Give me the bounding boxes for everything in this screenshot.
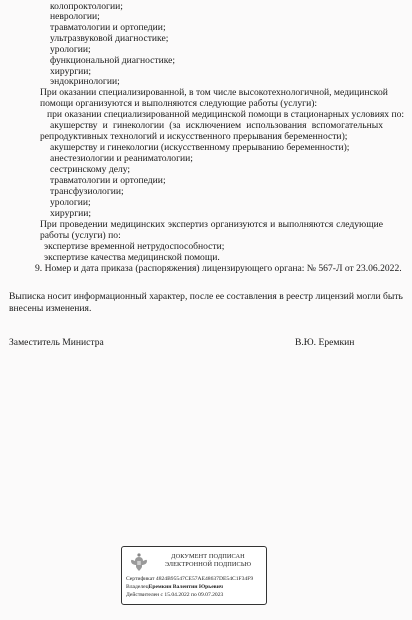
certificate-line: Сертификат 4824B95547CE57AE48637DE54C1F3… — [126, 576, 253, 583]
obstetrics-line: акушерству и гинекологии (за исключением… — [50, 121, 383, 131]
list-item: травматологии и ортопедии; — [50, 23, 166, 33]
list-item: сестринскому делу; — [50, 165, 130, 175]
list-item: анестезиологии и реаниматологии; — [50, 154, 193, 164]
stamp-title-line: ЭЛЕКТРОННОЙ ПОДПИСЬЮ — [152, 561, 264, 569]
validity-line: Действителен с 15.04.2022 по 09.07.2023 — [126, 592, 223, 599]
inpatient-intro: при оказании специализированной медицинс… — [47, 110, 404, 120]
coat-of-arms-icon — [130, 552, 148, 572]
paragraph-specialized-line: При оказании специализированной, в том ч… — [40, 88, 383, 98]
list-item: экспертизе временной нетрудоспособности; — [44, 242, 224, 252]
list-item: акушерству и гинекологии (искусственному… — [50, 143, 349, 153]
disclaimer-line: внесены изменения. — [9, 304, 91, 314]
list-item: экспертизе качества медицинской помощи. — [44, 253, 220, 263]
owner-line: ВладелецЕремкин Валентин Юрьевич — [126, 584, 223, 591]
paragraph-specialized-line: помощи организуются и выполняются следую… — [40, 99, 317, 109]
owner-value: Еремкин Валентин Юрьевич — [149, 584, 223, 590]
list-item: трансфузиологии; — [50, 187, 124, 197]
list-item: хирургии; — [50, 209, 91, 219]
stamp-title: ДОКУМЕНТ ПОДПИСАН ЭЛЕКТРОННОЙ ПОДПИСЬЮ — [152, 553, 264, 569]
list-item: урологии; — [50, 198, 91, 208]
list-item: функциональной диагностике; — [50, 56, 175, 66]
stamp-title-line: ДОКУМЕНТ ПОДПИСАН — [152, 553, 264, 561]
list-item: эндокринологии; — [50, 77, 120, 87]
list-item: неврологии; — [50, 12, 100, 22]
signatory-title: Заместитель Министра — [9, 338, 104, 348]
certificate-value: 4824B95547CE57AE48637DE54C1F34F9 — [156, 576, 253, 582]
obstetrics-line: репродуктивных технологий и искусственно… — [40, 132, 347, 142]
paragraph-expertise-line: При проведении медицинских экспертиз орг… — [40, 220, 383, 230]
paragraph-expertise-line: работы (услуги) по: — [40, 231, 121, 241]
electronic-signature-stamp: ДОКУМЕНТ ПОДПИСАН ЭЛЕКТРОННОЙ ПОДПИСЬЮ С… — [121, 546, 267, 605]
list-item: урологии; — [50, 45, 91, 55]
list-item: травматологии и ортопедии; — [50, 176, 166, 186]
list-item: ультразвуковой диагностике; — [50, 34, 168, 44]
order-number-line: 9. Номер и дата приказа (распоряжения) л… — [35, 264, 402, 274]
signatory-name: В.Ю. Еремкин — [295, 338, 354, 348]
disclaimer-line: Выписка носит информационный характер, п… — [9, 292, 403, 302]
owner-label: Владелец — [126, 584, 149, 590]
certificate-label: Сертификат — [126, 576, 154, 582]
